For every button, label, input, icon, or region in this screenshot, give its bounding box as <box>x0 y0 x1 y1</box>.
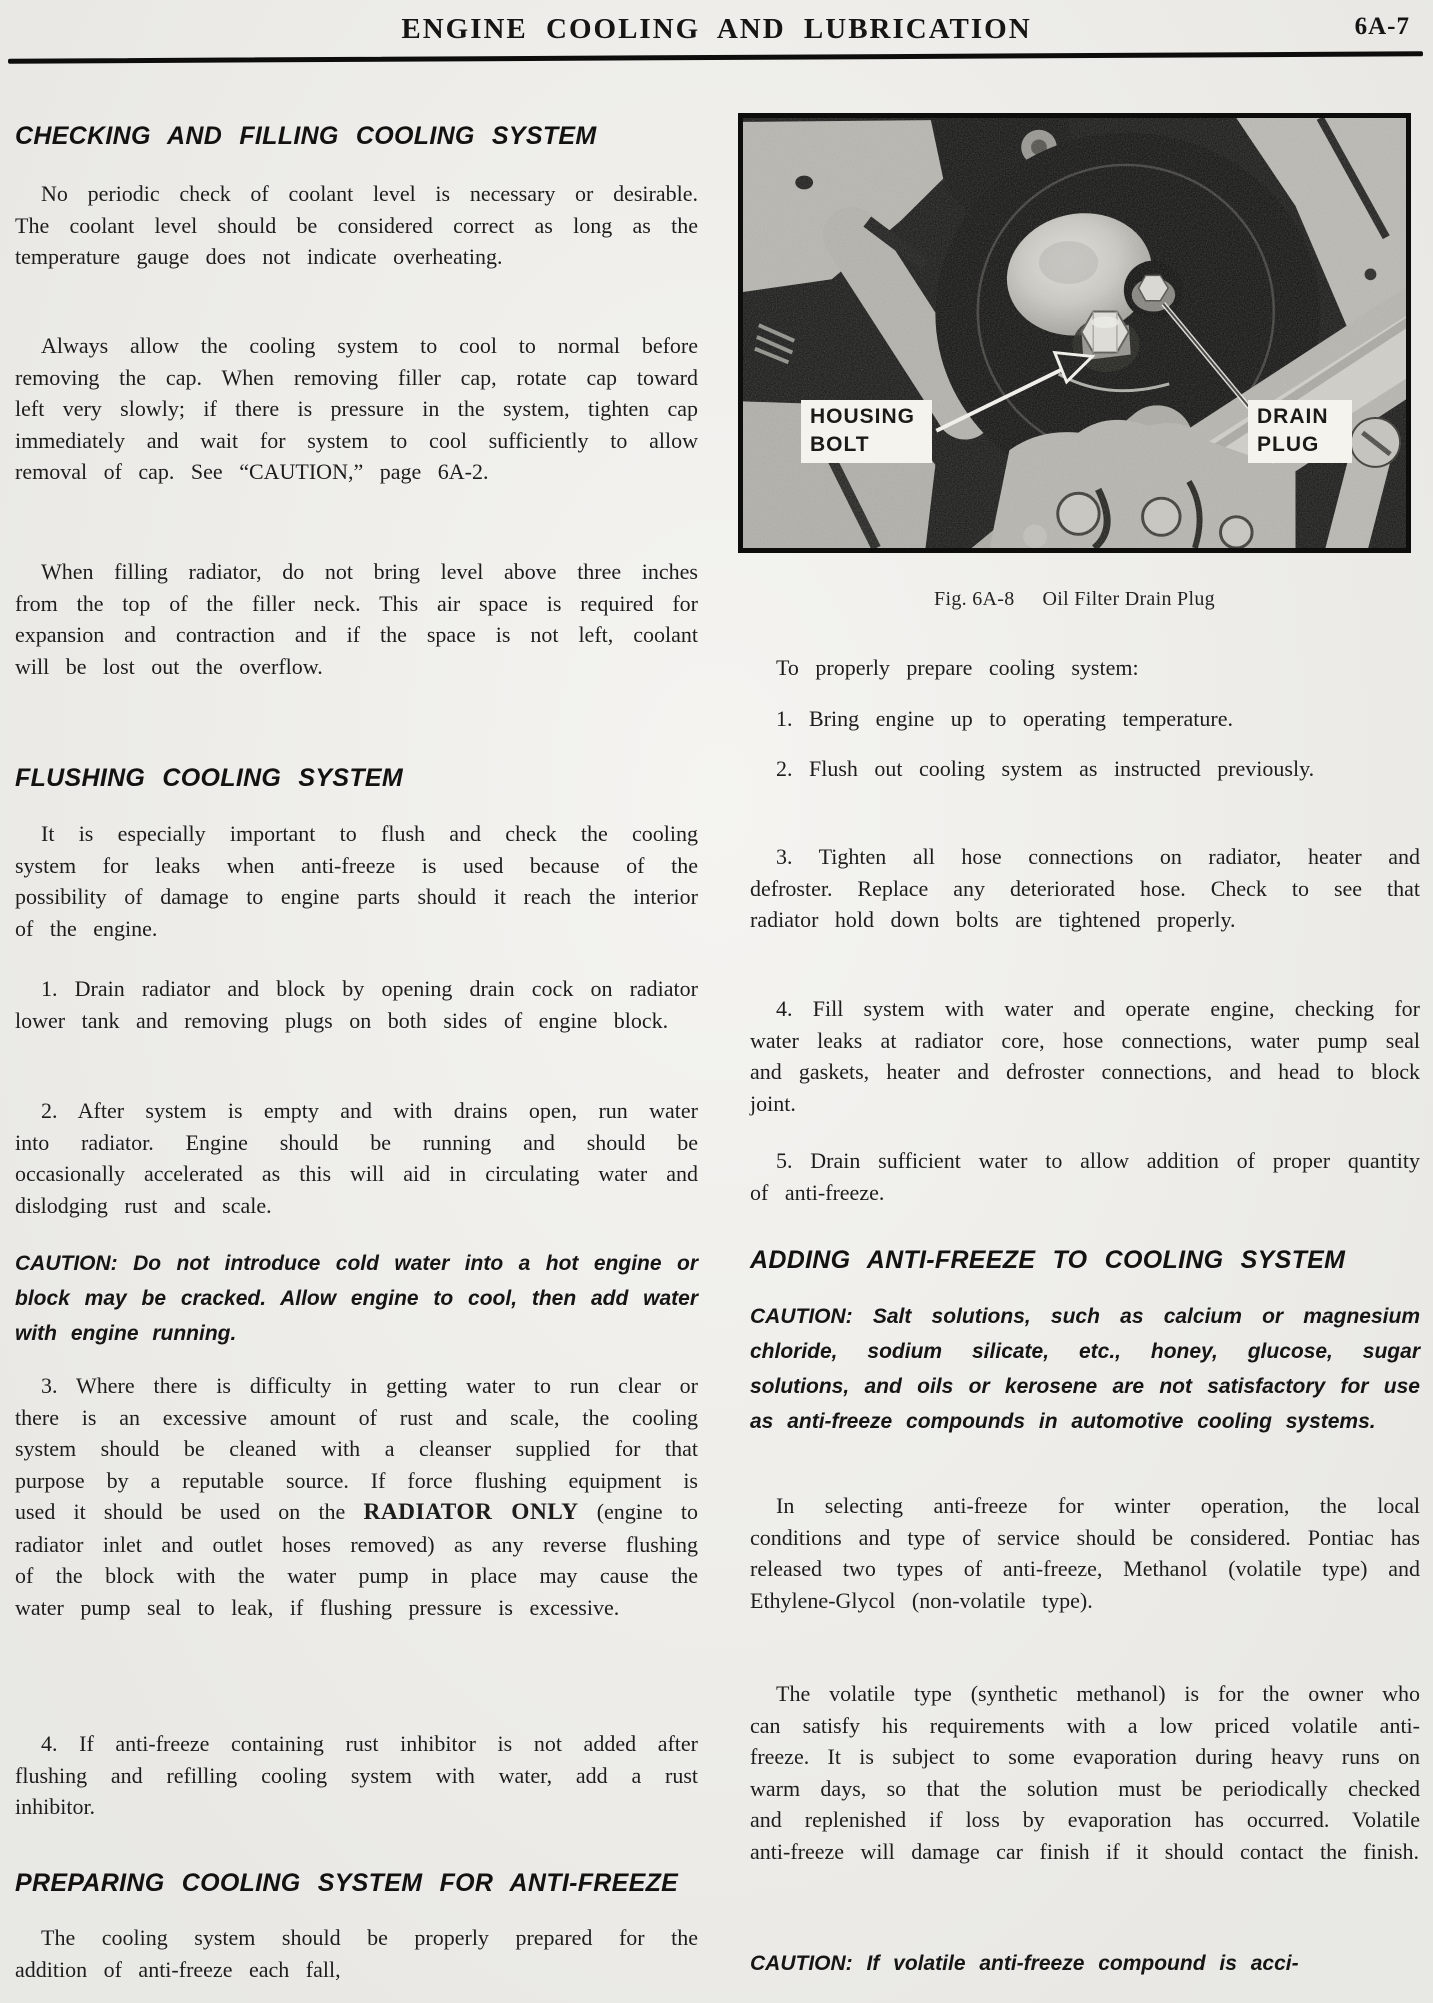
page-number: 6A-7 <box>1355 13 1410 41</box>
caution-note: CAUTION: Do not introduce cold water int… <box>15 1246 698 1351</box>
numbered-step: 4. Fill system with water and operate en… <box>750 993 1420 1119</box>
numbered-step: 2. After system is empty and with drains… <box>15 1095 698 1221</box>
numbered-step: 1. Bring engine up to operating temperat… <box>750 703 1420 735</box>
label-line: DRAIN <box>1257 403 1344 431</box>
figure-photo-oil-filter-drain-plug: HOUSING BOLT DRAIN PLUG <box>738 113 1411 553</box>
numbered-step: 3. Tighten all hose connections on radia… <box>750 841 1420 936</box>
numbered-step: 3. Where there is difficulty in getting … <box>15 1370 698 1623</box>
numbered-step: 2. Flush out cooling system as instructe… <box>750 753 1420 785</box>
page-title: ENGINE COOLING AND LUBRICATION <box>401 13 1031 46</box>
heading-flushing-cooling-system: FLUSHING COOLING SYSTEM <box>15 764 698 793</box>
numbered-step: 5. Drain sufficient water to allow addit… <box>750 1145 1420 1208</box>
figure-number: Fig. 6A-8 <box>934 588 1014 610</box>
radiator-only-emphasis: RADIATOR ONLY <box>364 1499 579 1525</box>
label-line: BOLT <box>810 431 924 459</box>
numbered-step: 1. Drain radiator and block by opening d… <box>15 973 698 1036</box>
heading-adding-anti-freeze: ADDING ANTI-FREEZE TO COOLING SYSTEM <box>750 1246 1420 1275</box>
photo-label-housing-bolt: HOUSING BOLT <box>801 400 932 463</box>
photo-label-drain-plug: DRAIN PLUG <box>1248 400 1352 463</box>
paragraph: The volatile type (synthetic methanol) i… <box>750 1678 1420 1867</box>
paragraph: Always allow the cooling system to cool … <box>15 330 698 488</box>
label-line: HOUSING <box>810 403 924 431</box>
paragraph: The cooling system should be properly pr… <box>15 1922 698 1985</box>
paragraph: In selecting anti-freeze for winter oper… <box>750 1490 1420 1616</box>
paragraph: No periodic check of coolant level is ne… <box>15 178 698 273</box>
engine-underside-photo <box>743 118 1406 548</box>
heading-preparing-cooling-system: PREPARING COOLING SYSTEM FOR ANTI-FREEZE <box>15 1869 698 1898</box>
caution-note: CAUTION: If volatile anti-freeze compoun… <box>750 1946 1420 1981</box>
caution-note: CAUTION: Salt solutions, such as calcium… <box>750 1299 1420 1439</box>
numbered-step: 4. If anti-freeze containing rust inhibi… <box>15 1728 698 1823</box>
header-rule <box>8 51 1423 63</box>
paragraph: When filling radiator, do not bring leve… <box>15 556 698 682</box>
paragraph: It is especially important to flush and … <box>15 818 698 944</box>
figure-caption: Fig. 6A-8Oil Filter Drain Plug <box>738 588 1411 611</box>
figure-title: Oil Filter Drain Plug <box>1043 588 1215 610</box>
heading-checking-and-filling: CHECKING AND FILLING COOLING SYSTEM <box>15 122 698 151</box>
label-line: PLUG <box>1257 431 1344 459</box>
paragraph: To properly prepare cooling system: <box>750 652 1420 684</box>
